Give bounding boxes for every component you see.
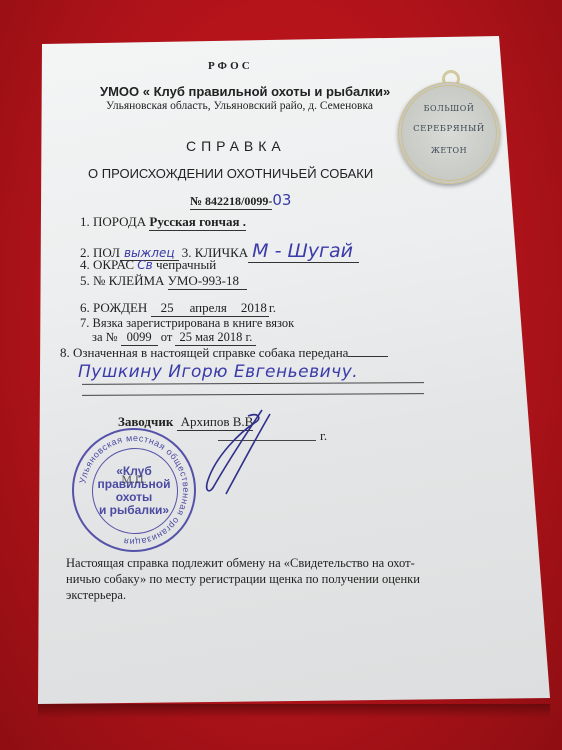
footer-note-line-1: Настоящая справка подлежит обмену на «Св… [66,556,415,571]
mating-date: 25 мая 2018 г. [175,330,256,346]
silver-token-medal: БОЛЬШОЙ СЕРЕБРЯНЫЙ ЖЕТОН [398,82,500,184]
number-printed: № 842218/0099- [190,194,272,210]
color-value-print: чепрачный [156,257,216,272]
org-short: РФОС [208,60,253,72]
number-handwritten: 03 [272,191,291,209]
field-brand: 5. № КЛЕЙМА УМО-993-18 [80,273,247,290]
medal-line-3: ЖЕТОН [402,146,496,155]
breed-label: 1. ПОРОДА [80,214,146,229]
medal-line-2: СЕРЕБРЯНЫЙ [402,124,496,134]
club-stamp: Ульяновская местная общественная организ… [72,428,196,552]
mating-no-value: 0099 [121,330,158,346]
breed-value: Русская гончая . [149,214,246,231]
born-day: 25 [161,300,174,315]
brand-label: 5. № КЛЕЙМА [80,273,164,288]
transfer-value: Пушкину Игорю Евгеньевичу. [78,362,358,382]
color-label: 4. ОКРАС [80,257,134,272]
mating-from: от [161,330,173,344]
medal-line-1: БОЛЬШОЙ [402,104,496,113]
stamp-line-4: и рыбалки» [74,503,194,517]
document-number: № 842218/0099-03 [190,191,291,210]
born-month: апреля [190,300,227,315]
document-subtitle: О ПРОИСХОЖДЕНИИ ОХОТНИЧЬЕЙ СОБАКИ [88,166,373,181]
born-label: 6. РОЖДЕН [80,300,147,315]
stamp-mp: М.П. [74,472,194,487]
field-breed: 1. ПОРОДА Русская гончая . [80,214,246,231]
color-value-hand: Св [137,258,152,272]
born-year: 2018 [241,300,267,315]
name-value: М - Шугай [248,240,359,263]
transfer-blank [348,346,388,357]
field-mating-number: за № 0099 от 25 мая 2018 г. [92,330,256,346]
org-address: Ульяновская область, Ульяновский райо, д… [106,100,373,112]
field-transfer: 8. Означенная в настоящей справке собака… [60,345,388,361]
field-mating: 7. Вязка зарегистрирована в книге вязок [80,316,294,331]
field-born: 6. РОЖДЕН 25апреля2018г. [80,300,276,317]
org-name: УМОО « Клуб правильной охоты и рыбалки» [100,84,390,99]
paper-shadow [38,704,550,718]
brand-value: УМО-993-18 [168,273,247,290]
date-suffix: г. [320,428,327,444]
document-title: СПРАВКА [186,138,286,154]
stamp-line-3: охоты [74,490,194,504]
born-suffix: г. [269,300,276,315]
footer-note-line-2: ничью собаку» по месту регистрации щенка… [66,572,420,587]
footer-note-line-3: экстерьера. [66,588,126,603]
signature [200,408,280,498]
transfer-label: 8. Означенная в настоящей справке собака… [60,345,348,360]
born-date: 25апреля2018 [151,300,269,317]
mating-no-label: за № [92,330,118,344]
field-color: 4. ОКРАС Св чепрачный [80,257,216,273]
